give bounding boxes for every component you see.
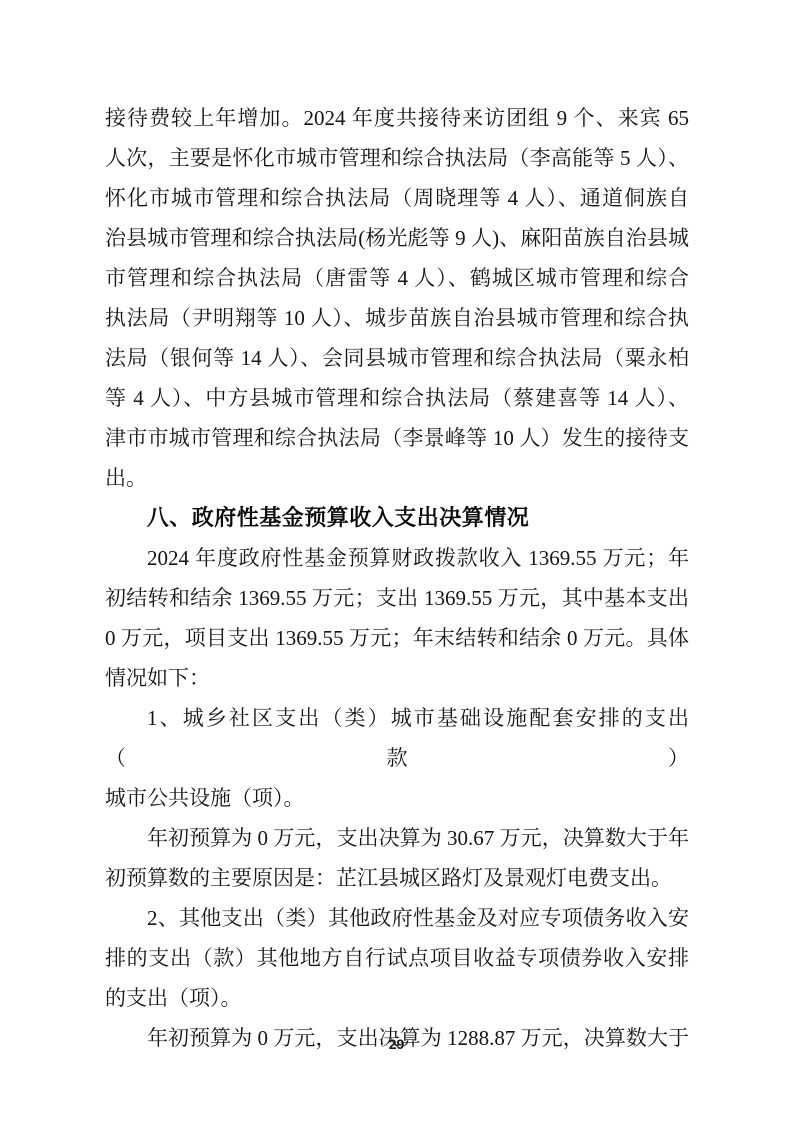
body-line: 排的支出（款）其他地方自行试点项目收益专项债券收入安排 (105, 938, 689, 978)
body-line: 津市市城市管理和综合执法局（李景峰等 10 人）发生的接待支 (105, 418, 689, 458)
body-line: 初预算数的主要原因是：芷江县城区路灯及景观灯电费支出。 (105, 858, 689, 898)
body-line: 治县城市管理和综合执法局(杨光彪等 9 人)、麻阳苗族自治县城 (105, 218, 689, 258)
body-line: 城市公共设施（项）。 (105, 778, 689, 818)
body-line: 2024 年度政府性基金预算财政拨款收入 1369.55 万元；年 (105, 538, 689, 578)
document-body: 接待费较上年增加。2024 年度共接待来访团组 9 个、来宾 65 人次，主要是… (105, 98, 689, 1058)
body-line: 人次，主要是怀化市城市管理和综合执法局（李高能等 5 人）、 (105, 138, 689, 178)
body-line: 1、城乡社区支出（类）城市基础设施配套安排的支出（款） (105, 698, 689, 778)
body-line: 0 万元，项目支出 1369.55 万元；年末结转和结余 0 万元。具体 (105, 618, 689, 658)
body-line: 2、其他支出（类）其他政府性基金及对应专项债务收入安 (105, 898, 689, 938)
body-line: 情况如下： (105, 658, 689, 698)
page-number: 29 (0, 1036, 793, 1052)
body-line: 出。 (105, 458, 689, 498)
body-line: 年初预算为 0 万元，支出决算为 30.67 万元，决算数大于年 (105, 818, 689, 858)
body-line: 的支出（项）。 (105, 978, 689, 1018)
body-line: 执法局（尹明翔等 10 人）、城步苗族自治县城市管理和综合执 (105, 298, 689, 338)
body-line: 市管理和综合执法局（唐雷等 4 人）、鹤城区城市管理和综合 (105, 258, 689, 298)
body-line: 等 4 人）、中方县城市管理和综合执法局（蔡建喜等 14 人）、 (105, 378, 689, 418)
body-line: 法局（银何等 14 人）、会同县城市管理和综合执法局（粟永柏 (105, 338, 689, 378)
body-line: 怀化市城市管理和综合执法局（周晓理等 4 人）、通道侗族自 (105, 178, 689, 218)
body-line: 初结转和结余 1369.55 万元；支出 1369.55 万元，其中基本支出 (105, 578, 689, 618)
document-page: 接待费较上年增加。2024 年度共接待来访团组 9 个、来宾 65 人次，主要是… (0, 0, 793, 1122)
section-heading: 八、政府性基金预算收入支出决算情况 (105, 498, 689, 538)
body-line: 接待费较上年增加。2024 年度共接待来访团组 9 个、来宾 65 (105, 98, 689, 138)
